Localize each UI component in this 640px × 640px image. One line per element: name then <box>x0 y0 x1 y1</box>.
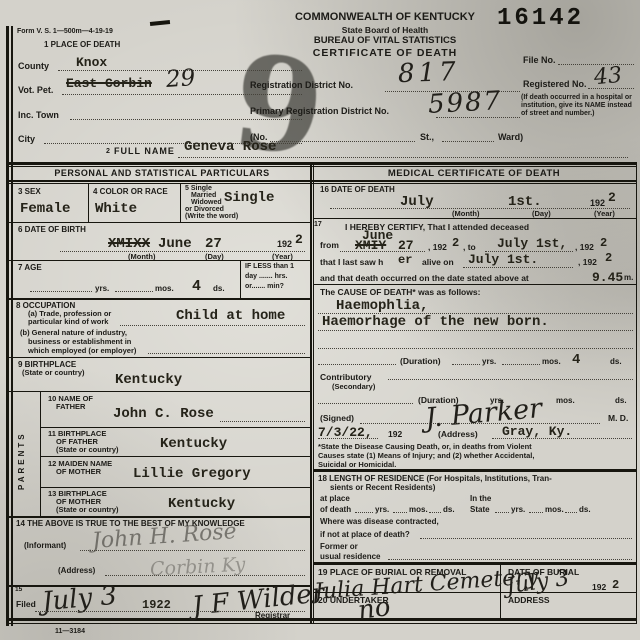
inc-town-label: Inc. Town <box>18 110 59 120</box>
row-border-heavy <box>314 469 636 472</box>
dotted-line <box>318 347 633 349</box>
rule <box>6 180 637 182</box>
contributory-mos-caption: mos. <box>556 396 575 405</box>
certify-item-number: 17 <box>314 221 322 228</box>
marital-write-word: (Write the word) <box>185 213 238 220</box>
dotted-line <box>502 363 540 365</box>
if-not-label: if not at place of death? <box>320 530 410 539</box>
dotted-line <box>436 116 520 118</box>
marital-options-line2: Married <box>191 192 216 199</box>
dotted-line <box>429 511 441 513</box>
to-label: , to <box>463 242 476 252</box>
dod-month-caption: (Month) <box>452 209 479 218</box>
death-certificate-document: 16142 9 COMMONWEALTH OF KENTUCKY State B… <box>0 0 640 640</box>
dotted-line <box>60 250 305 252</box>
last-saw-year-typed: 2 <box>605 251 612 265</box>
dotted-line <box>442 140 494 142</box>
cause-days-value: 4 <box>572 352 580 368</box>
mother-maiden-value: Lillie Gregory <box>133 466 251 482</box>
father-birthplace-state-caption: (State or country) <box>56 445 119 454</box>
signed-label: (Signed) <box>320 413 354 423</box>
date-of-death-label: 16 DATE OF DEATH <box>320 185 395 194</box>
undertaker-address-label: ADDRESS <box>508 595 550 605</box>
marital-options-line4: or Divorced <box>185 206 224 213</box>
cause-yrs-caption: yrs. <box>482 357 496 366</box>
mother-birthplace-value: Kentucky <box>168 496 235 512</box>
row-border <box>6 222 310 223</box>
full-name-value: Geneva Rose <box>184 139 276 155</box>
from-year-typed: 2 <box>452 236 459 250</box>
dotted-line <box>105 574 305 576</box>
dod-day-caption: (Day) <box>532 209 551 218</box>
row-border <box>314 592 636 593</box>
dotted-line <box>529 511 543 513</box>
parents-vertical-label: PARENTS <box>17 420 26 490</box>
contributory-ds-caption: ds. <box>615 396 627 405</box>
footnote-line2: Causes state (1) Means of Injury; and (2… <box>318 451 534 460</box>
dotted-line <box>115 290 153 292</box>
dotted-line <box>330 207 630 209</box>
street-label: St., <box>420 132 434 142</box>
dotted-line <box>388 558 632 560</box>
dotted-line <box>318 437 378 439</box>
row-border <box>6 391 310 392</box>
date-of-birth-label: 6 DATE OF BIRTH <box>18 225 86 234</box>
footnote-line1: *State the Disease Causing Death, or, in… <box>318 442 532 451</box>
if-less-line1: IF LESS than 1 <box>245 263 294 270</box>
rule <box>6 166 637 167</box>
place-of-death-label: 1 PLACE OF DEATH <box>44 40 120 49</box>
to-192-printed: , 192 <box>575 242 594 252</box>
dotted-line <box>318 402 413 404</box>
from-label: from <box>320 240 339 250</box>
dotted-line <box>318 363 396 365</box>
personal-section-title: PERSONAL AND STATISTICAL PARTICULARS <box>14 168 310 178</box>
dod-year-caption: (Year) <box>594 209 615 218</box>
dotted-line <box>463 266 573 268</box>
row-border-heavy <box>6 516 310 518</box>
death-time-value: 9.45 <box>592 270 623 285</box>
hospital-note: (If death occurred in a hospital or inst… <box>521 94 635 118</box>
last-saw-her-typed: er <box>398 253 412 267</box>
cause-ds-caption: ds. <box>610 357 622 366</box>
md-caption: M. D. <box>608 413 628 423</box>
birthplace-state-caption: (State or country) <box>22 368 85 377</box>
county-value: Knox <box>76 55 107 70</box>
county-label: County <box>18 61 49 71</box>
father-name-value: John C. Rose <box>113 406 214 422</box>
sex-value: Female <box>20 201 70 217</box>
precinct-handwritten-value: 29 <box>165 65 196 93</box>
occupation-value: Child at home <box>176 308 285 324</box>
age-yrs-caption: yrs. <box>95 284 109 293</box>
birthplace-value: Kentucky <box>115 372 182 388</box>
marital-options-line1: 5 Single <box>185 185 212 192</box>
signed-address-label: (Address) <box>438 429 478 439</box>
ward-label: Ward) <box>498 132 523 142</box>
medical-section-title: MEDICAL CERTIFICATE OF DEATH <box>315 168 633 179</box>
dotted-line <box>355 511 373 513</box>
alive-on-label: alive on <box>422 257 454 267</box>
dotted-line <box>62 93 302 95</box>
row-border <box>6 260 310 261</box>
right-border <box>636 162 637 623</box>
form-number: Form V. S. 1—500m—4-19-19 <box>17 28 113 35</box>
if-less-line3: or....... min? <box>245 283 284 290</box>
res-ds1: ds. <box>443 505 455 514</box>
registration-district-value: 817 <box>397 57 460 89</box>
dod-year-typed: 2 <box>608 190 616 205</box>
primary-district-label: Primary Registration District No. <box>250 106 389 116</box>
usual-residence-label: usual residence <box>320 552 380 561</box>
dotted-line <box>318 329 633 331</box>
dotted-line <box>270 140 415 142</box>
row-border <box>40 487 310 488</box>
registered-no-label: Registered No. <box>523 79 587 89</box>
last-saw-date-value: July 1st. <box>468 252 538 267</box>
cell-divider <box>88 184 89 222</box>
cell-divider <box>180 184 181 222</box>
registration-district-label: Registration District No. <box>250 80 353 90</box>
dotted-line <box>452 363 480 365</box>
row-border <box>40 427 310 428</box>
dotted-line <box>588 87 634 89</box>
of-death-label: of death <box>320 505 351 514</box>
parents-divider <box>40 391 41 516</box>
secondary-caption: (Secondary) <box>332 382 375 391</box>
burial-year-typed: 2 <box>612 578 619 592</box>
row-border <box>40 456 310 457</box>
dotted-line <box>120 324 305 326</box>
former-label: Former or <box>320 542 358 551</box>
row-border <box>6 357 310 358</box>
column-divider-thin <box>313 162 314 623</box>
age-label: 7 AGE <box>18 263 42 272</box>
file-no-label: File No. <box>523 55 556 65</box>
age-ds-caption: ds. <box>213 284 225 293</box>
res-ds2: ds. <box>579 505 591 514</box>
last-saw-192-printed: , 192 <box>578 257 597 267</box>
dotted-line <box>393 511 407 513</box>
undertaker-script: no <box>356 592 392 626</box>
res-yrs1: yrs. <box>375 505 389 514</box>
state-label: State <box>470 505 490 514</box>
residence-label-line2: sients or Recent Residents) <box>330 483 435 492</box>
cause-line2-value: Haemorhage of the new born. <box>322 314 549 330</box>
top-left-dash <box>150 20 170 26</box>
cause-mos-caption: mos. <box>542 357 561 366</box>
dotted-line <box>495 511 509 513</box>
registrar-caption: Registrar <box>255 611 290 620</box>
to-date-value: July 1st, <box>497 236 567 251</box>
left-border-bar-thin <box>11 26 13 626</box>
race-value: White <box>95 201 137 217</box>
rule <box>6 623 637 624</box>
informant-address-script: Corbin Ky <box>149 554 245 581</box>
dotted-line <box>178 156 628 158</box>
left-border-bar <box>6 26 9 626</box>
marital-options-line3: Widowed <box>191 199 222 206</box>
if-less-line2: day ....... hrs. <box>245 273 287 280</box>
row-border-heavy <box>6 298 310 300</box>
rule <box>6 618 637 621</box>
age-days-value: 4 <box>192 278 201 295</box>
dotted-line <box>340 250 425 252</box>
occupation-b-line3: which employed (or employer) <box>28 346 136 355</box>
rule <box>6 162 637 165</box>
death-time-m-printed: m. <box>624 273 633 282</box>
from-192-printed: , 192 <box>428 242 447 252</box>
last-saw-label: that I last saw h <box>320 257 383 267</box>
informant-address-label: (Address) <box>58 566 95 575</box>
marital-value: Single <box>224 190 274 206</box>
res-mos2: mos. <box>545 505 564 514</box>
in-the-label: In the <box>470 494 491 503</box>
cause-duration-label: (Duration) <box>400 356 441 366</box>
signed-192-printed: 192 <box>388 429 402 439</box>
burial-192-printed: 192 <box>592 582 606 592</box>
primary-district-value: 5987 <box>427 86 503 120</box>
occupation-b-line2: business or establishment in <box>28 337 131 346</box>
sex-label: 3 SEX <box>18 187 41 196</box>
dotted-line <box>565 511 577 513</box>
row-border-heavy <box>314 562 636 565</box>
precinct-struck-value: East Corbin <box>66 76 152 91</box>
dotted-line <box>70 118 302 120</box>
cell-divider <box>240 260 241 298</box>
to-year-typed: 2 <box>600 236 607 250</box>
dotted-line <box>388 378 633 380</box>
full-name-label: FULL NAME <box>114 146 175 156</box>
column-divider <box>310 162 312 623</box>
bureau-subtitle: BUREAU OF VITAL STATISTICS <box>240 35 530 46</box>
res-yrs2: yrs. <box>511 505 525 514</box>
filed-label: Filed <box>16 599 36 609</box>
dob-year-typed: 2 <box>295 232 303 247</box>
informant-label: (Informant) <box>24 541 66 550</box>
dotted-line <box>80 549 305 551</box>
commonwealth-title: COMMONWEALTH OF KENTUCKY <box>240 11 530 23</box>
dotted-line <box>492 437 632 439</box>
father-birthplace-value: Kentucky <box>160 436 227 452</box>
res-mos1: mos. <box>409 505 428 514</box>
age-mos-caption: mos. <box>155 284 174 293</box>
death-occurred-label: and that death occurred on the date stat… <box>320 273 529 283</box>
voting-precinct-label: Vot. Pet. <box>18 85 53 95</box>
certificate-title: CERTIFICATE OF DEATH <box>240 47 530 59</box>
dotted-line <box>148 352 305 354</box>
rule <box>6 183 637 184</box>
residence-label-line1: 18 LENGTH OF RESIDENCE (For Hospitals, I… <box>318 474 552 483</box>
full-name-number: 2 <box>106 148 110 155</box>
dotted-line <box>420 537 632 539</box>
race-label: 4 COLOR OR RACE <box>93 187 168 196</box>
bottom-form-code: 11—3184 <box>55 628 85 635</box>
at-place-label: at place <box>320 494 350 503</box>
mother-maiden-label-line2: OF MOTHER <box>56 467 101 476</box>
dob-year-printed: 192 <box>277 239 292 249</box>
row-border <box>314 218 636 219</box>
mother-birthplace-state-caption: (State or country) <box>56 505 119 514</box>
dotted-line <box>30 290 92 292</box>
filed-item-number: 15 <box>15 586 22 593</box>
footnote-line3: Suicidal or Homicidal. <box>318 460 396 469</box>
contracted-label: Where was disease contracted, <box>320 517 439 526</box>
dotted-line <box>220 420 305 422</box>
state-board-subtitle: State Board of Health <box>240 25 530 35</box>
occupation-b-line1: (b) General nature of industry, <box>20 328 127 337</box>
cause-of-death-label: The CAUSE OF DEATH* was as follows: <box>320 287 480 297</box>
contributory-label: Contributory <box>320 372 371 382</box>
city-label: City <box>18 134 35 144</box>
occupation-a-line2: particular kind of work <box>28 317 108 326</box>
row-border <box>314 284 636 285</box>
father-name-label-line2: FATHER <box>56 402 85 411</box>
